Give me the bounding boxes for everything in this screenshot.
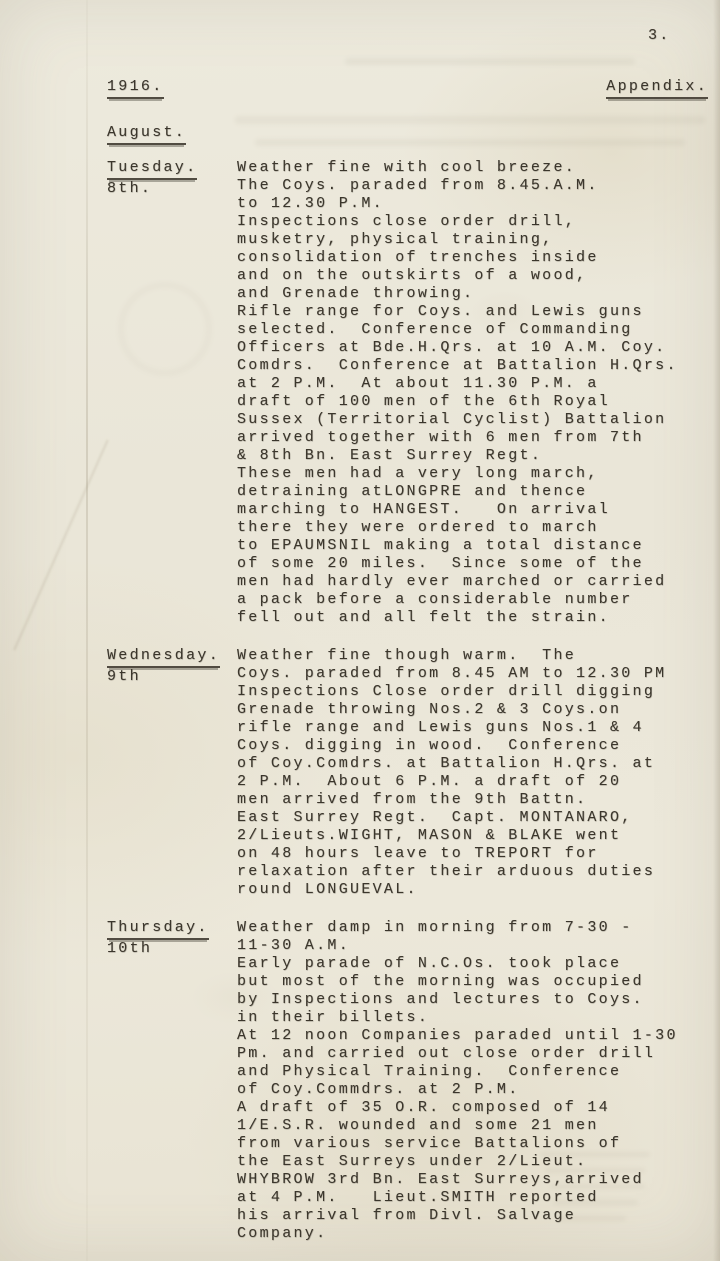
page-number: 3. [648,27,671,45]
appendix-heading: Appendix. [606,78,708,99]
entry-date: 9th [107,668,237,686]
page-header: 1916. Appendix. [0,0,720,99]
entry-day: Thursday. [107,919,209,940]
entry-date: 10th [107,940,237,958]
bleed-through-mark [235,116,705,124]
entry-date-label: Wednesday. 9th [107,647,237,686]
entry-text: Weather fine with cool breeze. The Coys.… [237,159,720,627]
entry-text: Weather damp in morning from 7-30 - 11-3… [237,919,720,1243]
diary-page: 3. 1916. Appendix. August. Tuesday. 8th.… [0,0,720,1261]
entry-date-label: Tuesday. 8th. [107,159,237,198]
entry-day: Tuesday. [107,159,197,180]
diary-entry: Wednesday. 9th Weather fine though warm.… [0,647,720,899]
year-heading: 1916. [107,78,164,99]
diary-entry: Thursday. 10th Weather damp in morning f… [0,919,720,1243]
diary-entries: Tuesday. 8th. Weather fine with cool bre… [0,159,720,1243]
entry-text: Weather fine though warm. The Coys. para… [237,647,720,899]
month-heading: August. [107,124,186,145]
diary-entry: Tuesday. 8th. Weather fine with cool bre… [0,159,720,627]
entry-date: 8th. [107,180,237,198]
entry-date-label: Thursday. 10th [107,919,237,958]
entry-day: Wednesday. [107,647,220,668]
month-row: August. [0,124,720,145]
